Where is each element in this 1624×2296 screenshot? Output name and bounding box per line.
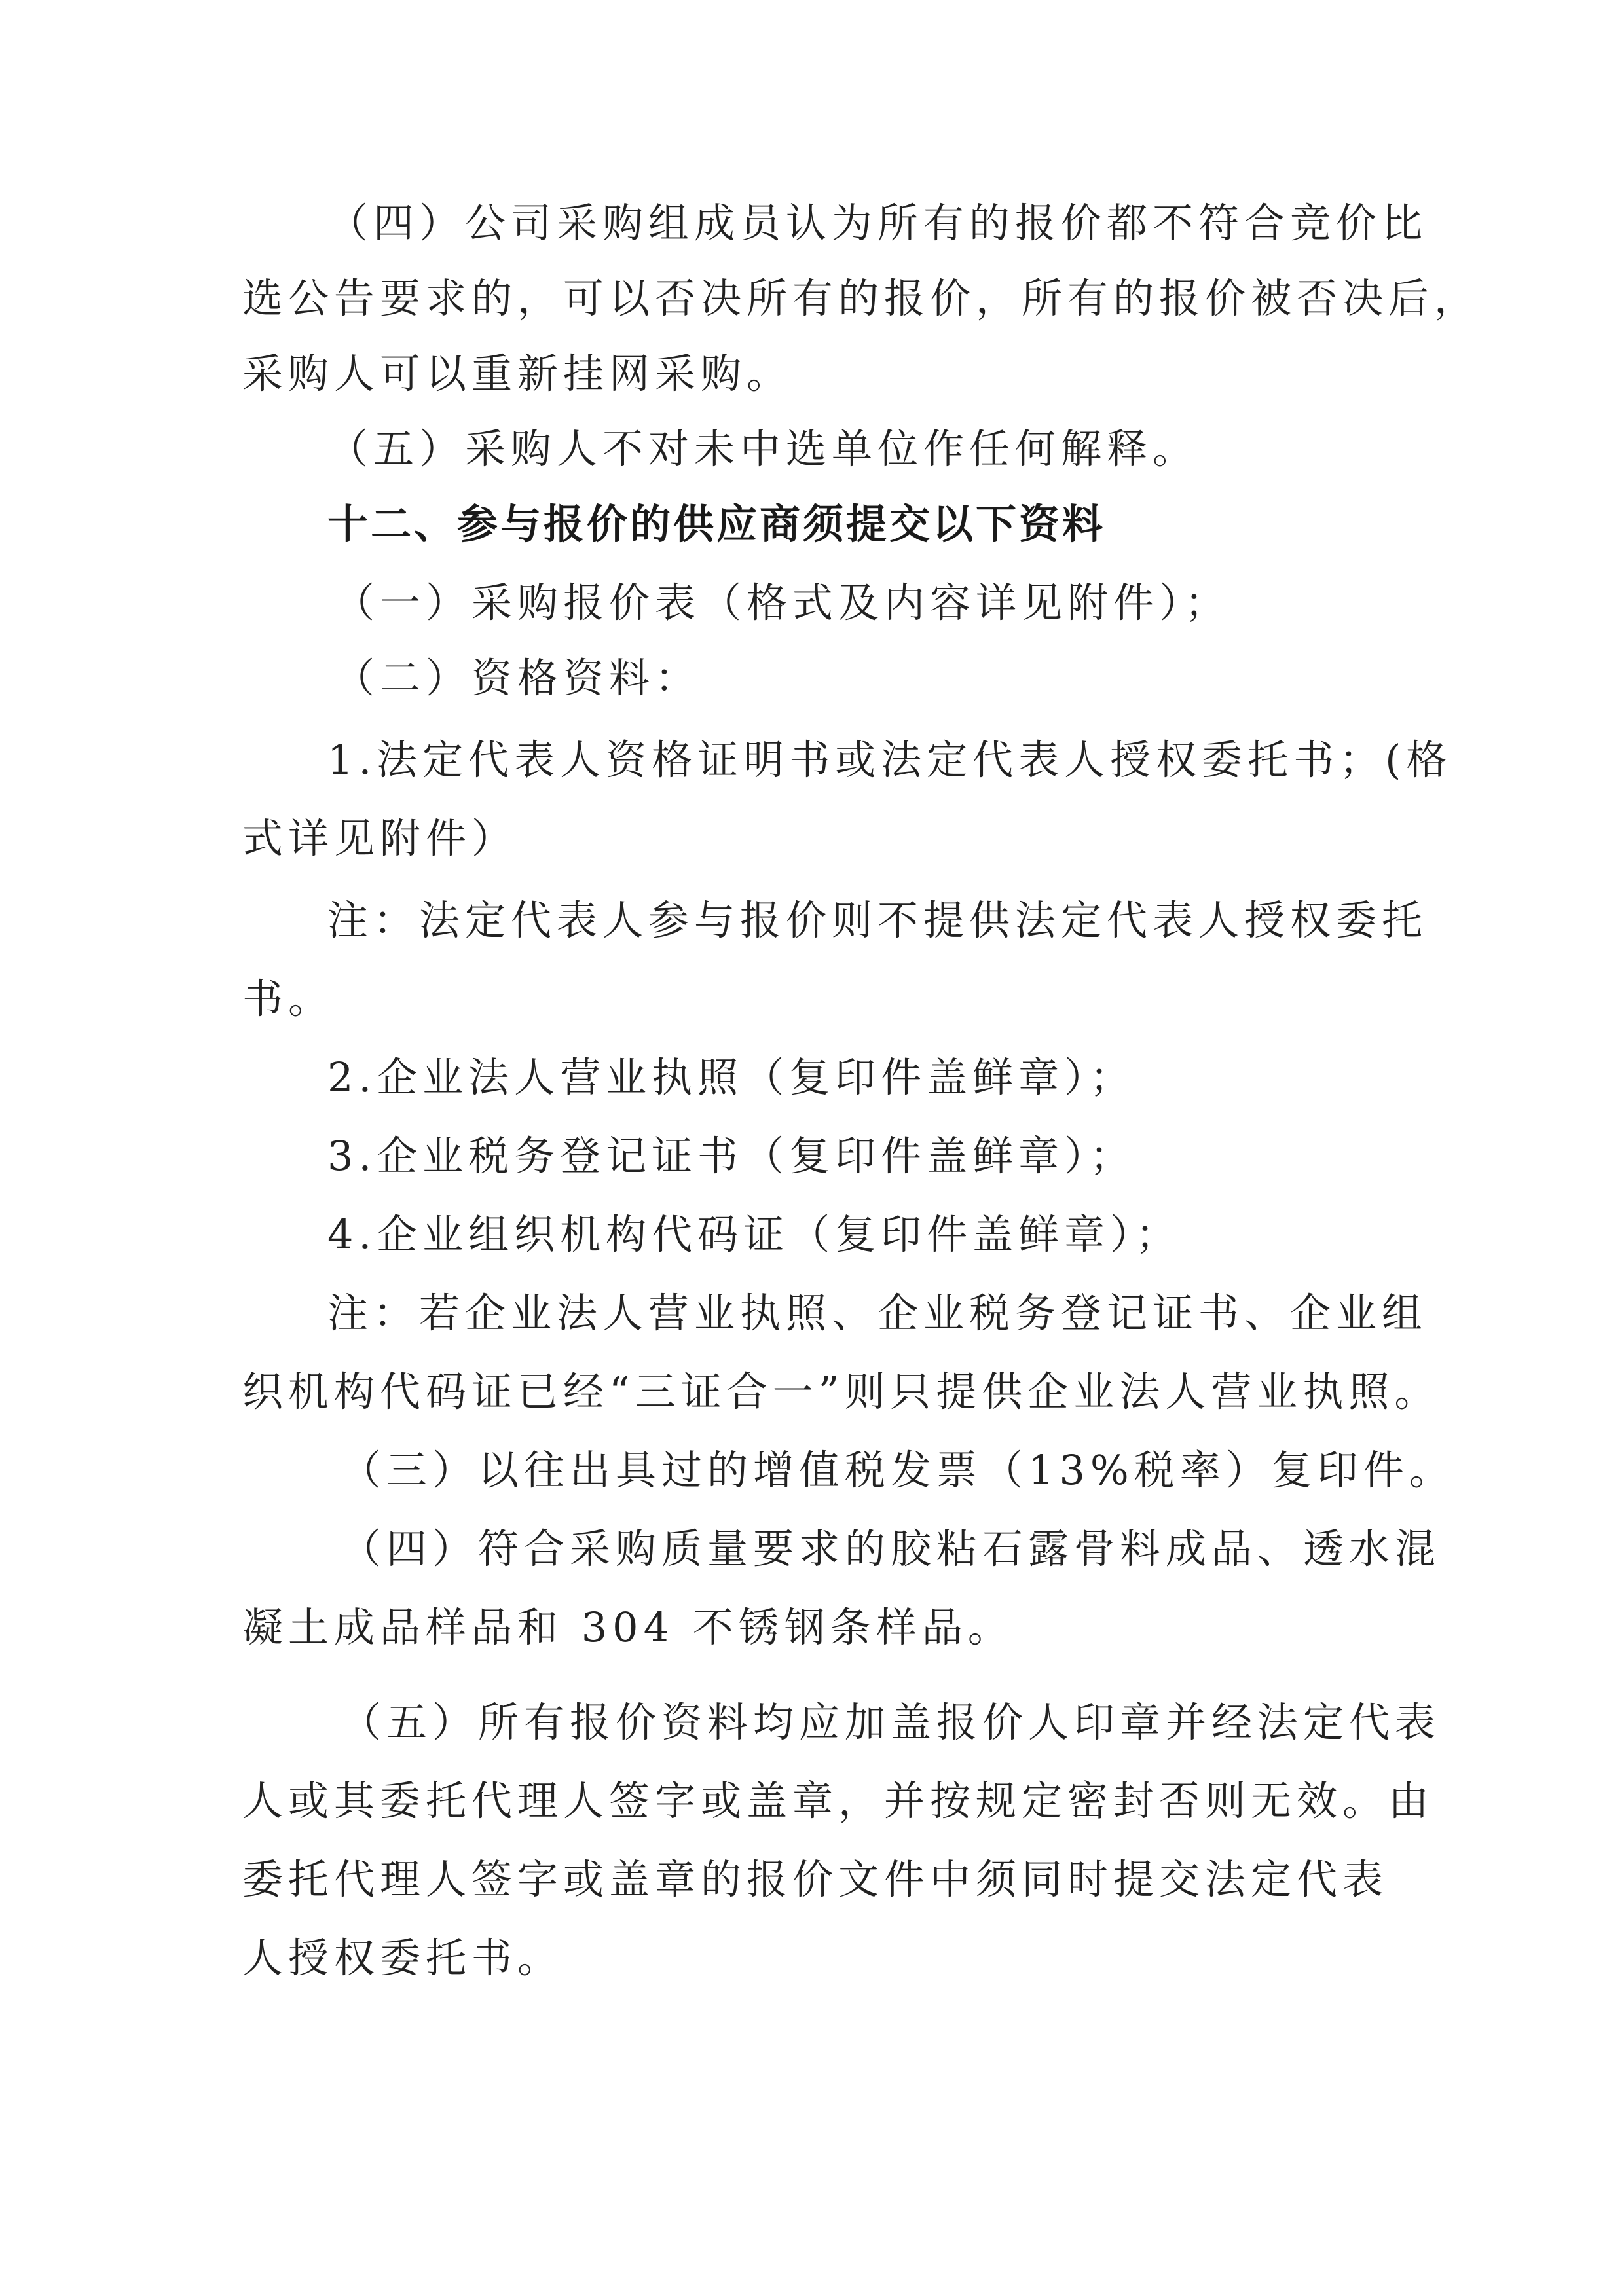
list-item-continuation: 人或其委托代理人签字或盖章，并按规定密封否则无效。由 bbox=[242, 1781, 1434, 1821]
list-item-continuation: 人授权委托书。 bbox=[242, 1938, 563, 1978]
list-item: 2.企业法人营业执照（复印件盖鲜章）； bbox=[327, 1057, 1135, 1098]
paragraph-line: （五）采购人不对未中选单位作任何解释。 bbox=[327, 429, 1198, 469]
document-page: （四）公司采购组成员认为所有的报价都不符合竞价比 选公告要求的，可以否决所有的报… bbox=[0, 0, 1624, 2296]
list-item-continuation: 凝土成品样品和 304 不锈钢条样品。 bbox=[242, 1607, 1014, 1648]
list-item: 1.法定代表人资格证明书或法定代表人授权委托书；(格 bbox=[327, 740, 1452, 780]
list-item-continuation: 委托代理人签字或盖章的报价文件中须同时提交法定代表 bbox=[242, 1859, 1388, 1900]
note-line: 书。 bbox=[242, 979, 334, 1019]
list-item: （四）符合采购质量要求的胶粘石露骨料成品、透水混 bbox=[341, 1529, 1441, 1569]
section-heading: 十二、参与报价的供应商须提交以下资料 bbox=[327, 504, 1105, 545]
paragraph-line: 采购人可以重新挂网采购。 bbox=[242, 354, 792, 394]
list-item: 3.企业税务登记证书（复印件盖鲜章）； bbox=[327, 1136, 1135, 1176]
note-line: 注：法定代表人参与报价则不提供法定代表人授权委托 bbox=[327, 900, 1428, 941]
paragraph-line: （四）公司采购组成员认为所有的报价都不符合竞价比 bbox=[327, 203, 1428, 244]
paragraph-line: 选公告要求的，可以否决所有的报价，所有的报价被否决后， bbox=[242, 278, 1480, 319]
note-line: 织机构代码证已经“三证合一”则只提供企业法人营业执照。 bbox=[242, 1372, 1440, 1412]
list-item: （三）以往出具过的增值税发票（13%税率）复印件。 bbox=[341, 1450, 1455, 1491]
list-item: （二）资格资料： bbox=[334, 658, 701, 699]
note-line: 注：若企业法人营业执照、企业税务登记证书、企业组 bbox=[327, 1293, 1428, 1334]
list-item: （一）采购报价表（格式及内容详见附件）； bbox=[334, 583, 1230, 623]
list-item-continuation: 式详见附件） bbox=[242, 818, 517, 859]
list-item: 4.企业组织机构代码证（复印件盖鲜章）； bbox=[327, 1214, 1181, 1255]
list-item: （五）所有报价资料均应加盖报价人印章并经法定代表 bbox=[341, 1702, 1441, 1743]
